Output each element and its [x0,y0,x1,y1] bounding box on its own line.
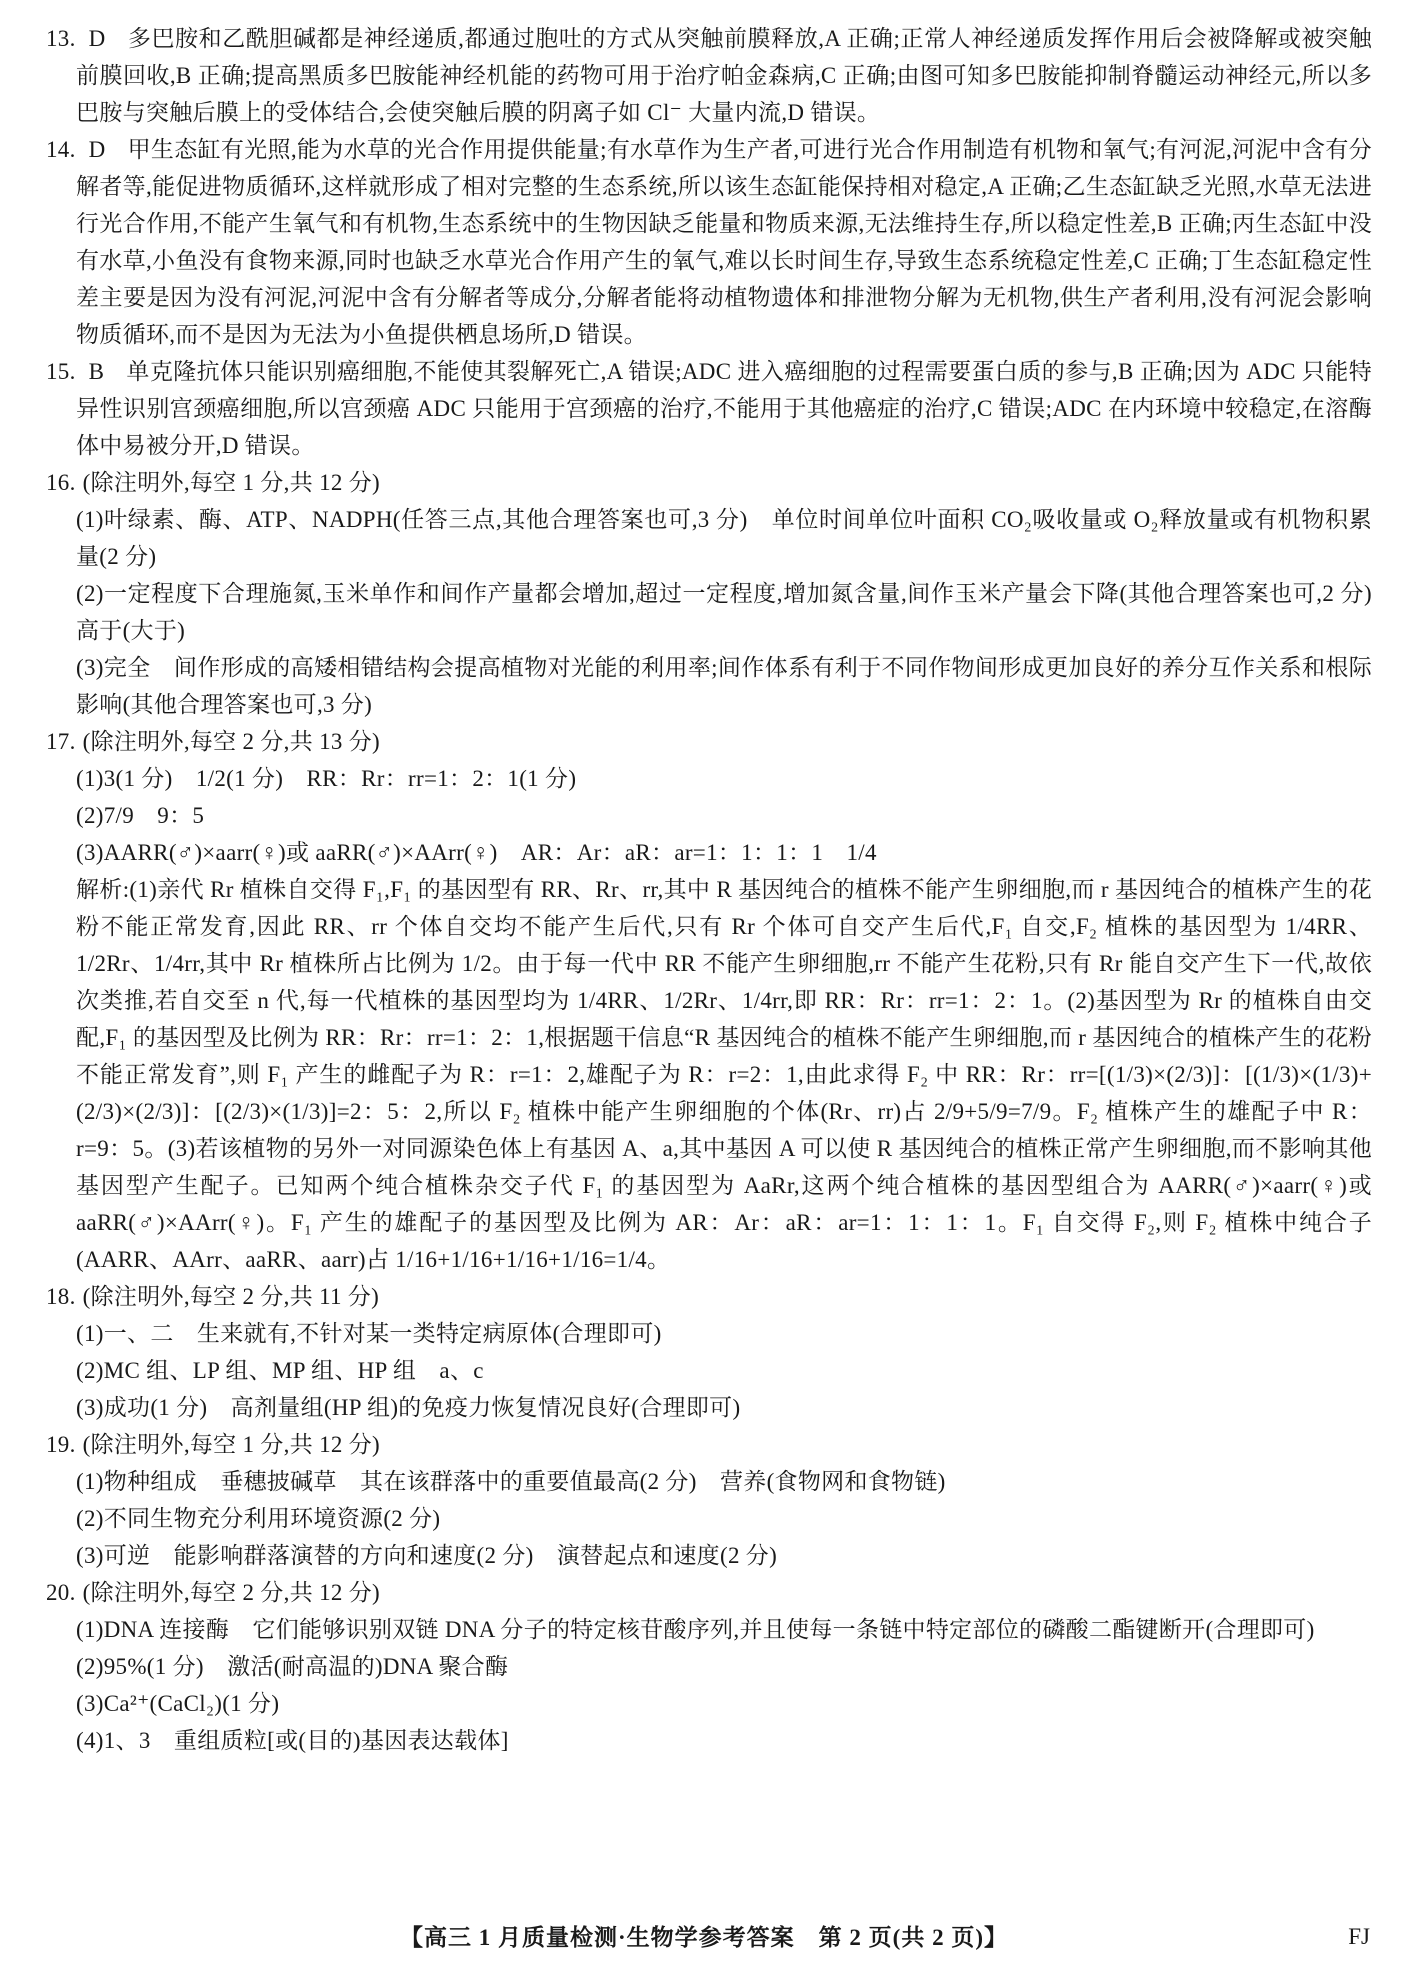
item-19-head: 19.(除注明外,每空 1 分,共 12 分) [46,1426,1372,1463]
item-15-head: 15.B单克隆抗体只能识别癌细胞,不能使其裂解死亡,A 错误;ADC 进入癌细胞… [46,353,1372,464]
item-explanation: 单克隆抗体只能识别癌细胞,不能使其裂解死亡,A 错误;ADC 进入癌细胞的过程需… [76,359,1372,458]
item-13-head: 13.D多巴胺和乙酰胆碱都是神经递质,都通过胞吐的方式从突触前膜释放,A 正确;… [46,20,1372,131]
item-17-head: 17.(除注明外,每空 2 分,共 13 分) [46,723,1372,760]
item-explanation: 多巴胺和乙酰胆碱都是神经递质,都通过胞吐的方式从突触前膜释放,A 正确;正常人神… [76,26,1372,125]
item-16-part-1: (1)叶绿素、酶、ATP、NADPH(任答三点,其他合理答案也可,3 分) 单位… [76,501,1372,575]
footer-page-number: 第 2 页(共 2 页)】 [795,1925,1008,1950]
item-number: 13. [46,26,76,51]
item-20-head: 20.(除注明外,每空 2 分,共 12 分) [46,1574,1372,1611]
item-20-part-2: (2)95%(1 分) 激活(耐高温的)DNA 聚合酶 [76,1648,1372,1685]
answer-item-13: 13.D多巴胺和乙酰胆碱都是神经递质,都通过胞吐的方式从突触前膜释放,A 正确;… [46,20,1372,131]
answer-item-15: 15.B单克隆抗体只能识别癌细胞,不能使其裂解死亡,A 错误;ADC 进入癌细胞… [46,353,1372,464]
item-18-part-2: (2)MC 组、LP 组、MP 组、HP 组 a、c [76,1352,1372,1389]
item-17-part-1: (1)3(1 分) 1/2(1 分) RR：Rr：rr=1：2：1(1 分) [76,760,1372,797]
answer-sheet-page: 13.D多巴胺和乙酰胆碱都是神经递质,都通过胞吐的方式从突触前膜释放,A 正确;… [0,0,1408,1974]
item-17-part-3: (3)AARR(♂)×aarr(♀)或 aaRR(♂)×AArr(♀) AR：A… [76,834,1372,871]
footer-exam-name: 【高三 1 月质量检测· [400,1925,627,1950]
item-19-part-2: (2)不同生物充分利用环境资源(2 分) [76,1500,1372,1537]
item-score-note: (除注明外,每空 1 分,共 12 分) [83,1432,380,1457]
item-19-part-1: (1)物种组成 垂穗披碱草 其在该群落中的重要值最高(2 分) 营养(食物网和食… [76,1463,1372,1500]
item-number: 19. [46,1432,76,1457]
answer-item-20: 20.(除注明外,每空 2 分,共 12 分)(1)DNA 连接酶 它们能够识别… [46,1574,1372,1759]
item-score-note: (除注明外,每空 1 分,共 12 分) [83,470,380,495]
item-17-part-2: (2)7/9 9：5 [76,797,1372,834]
item-number: 16. [46,470,76,495]
footer-code: FJ [1348,1922,1370,1952]
item-14-head: 14.D甲生态缸有光照,能为水草的光合作用提供能量;有水草作为生产者,可进行光合… [46,131,1372,353]
item-20-part-3: (3)Ca²⁺(CaCl₂)(1 分) [76,1685,1372,1722]
item-16-part-3: (3)完全 间作形成的高矮相错结构会提高植物对光能的利用率;间作体系有利于不同作… [76,649,1372,723]
item-number: 17. [46,729,76,754]
item-16-head: 16.(除注明外,每空 1 分,共 12 分) [46,464,1372,501]
item-answer-letter: D [89,26,106,51]
answer-item-17: 17.(除注明外,每空 2 分,共 13 分)(1)3(1 分) 1/2(1 分… [46,723,1372,1278]
footer-subject-title: 生物学参考答案 [627,1924,795,1950]
item-18-part-1: (1)一、二 生来就有,不针对某一类特定病原体(合理即可) [76,1315,1372,1352]
item-19-part-3: (3)可逆 能影响群落演替的方向和速度(2 分) 演替起点和速度(2 分) [76,1537,1372,1574]
item-20-part-4: (4)1、3 重组质粒[或(目的)基因表达载体] [76,1722,1372,1759]
item-20-part-1: (1)DNA 连接酶 它们能够识别双链 DNA 分子的特定核苷酸序列,并且使每一… [76,1611,1372,1648]
item-18-head: 18.(除注明外,每空 2 分,共 11 分) [46,1278,1372,1315]
item-answer-letter: B [89,359,105,384]
item-number: 18. [46,1284,76,1309]
item-number: 15. [46,359,76,384]
item-score-note: (除注明外,每空 2 分,共 13 分) [83,729,380,754]
item-17-analysis: 解析:(1)亲代 Rr 植株自交得 F₁,F₁ 的基因型有 RR、Rr、rr,其… [76,871,1372,1278]
page-footer: 【高三 1 月质量检测·生物学参考答案 第 2 页(共 2 页)】 FJ [0,1922,1408,1952]
answer-item-16: 16.(除注明外,每空 1 分,共 12 分)(1)叶绿素、酶、ATP、NADP… [46,464,1372,723]
answer-item-14: 14.D甲生态缸有光照,能为水草的光合作用提供能量;有水草作为生产者,可进行光合… [46,131,1372,353]
item-number: 14. [46,137,76,162]
answer-item-18: 18.(除注明外,每空 2 分,共 11 分)(1)一、二 生来就有,不针对某一… [46,1278,1372,1426]
item-number: 20. [46,1580,76,1605]
item-score-note: (除注明外,每空 2 分,共 11 分) [83,1284,379,1309]
footer-caption: 【高三 1 月质量检测·生物学参考答案 第 2 页(共 2 页)】 [0,1922,1408,1953]
item-18-part-3: (3)成功(1 分) 高剂量组(HP 组)的免疫力恢复情况良好(合理即可) [76,1389,1372,1426]
answer-list: 13.D多巴胺和乙酰胆碱都是神经递质,都通过胞吐的方式从突触前膜释放,A 正确;… [46,20,1372,1759]
item-answer-letter: D [89,137,106,162]
item-16-part-2: (2)一定程度下合理施氮,玉米单作和间作产量都会增加,超过一定程度,增加氮含量,… [76,575,1372,649]
item-score-note: (除注明外,每空 2 分,共 12 分) [83,1580,380,1605]
item-explanation: 甲生态缸有光照,能为水草的光合作用提供能量;有水草作为生产者,可进行光合作用制造… [76,137,1372,347]
answer-item-19: 19.(除注明外,每空 1 分,共 12 分)(1)物种组成 垂穗披碱草 其在该… [46,1426,1372,1574]
